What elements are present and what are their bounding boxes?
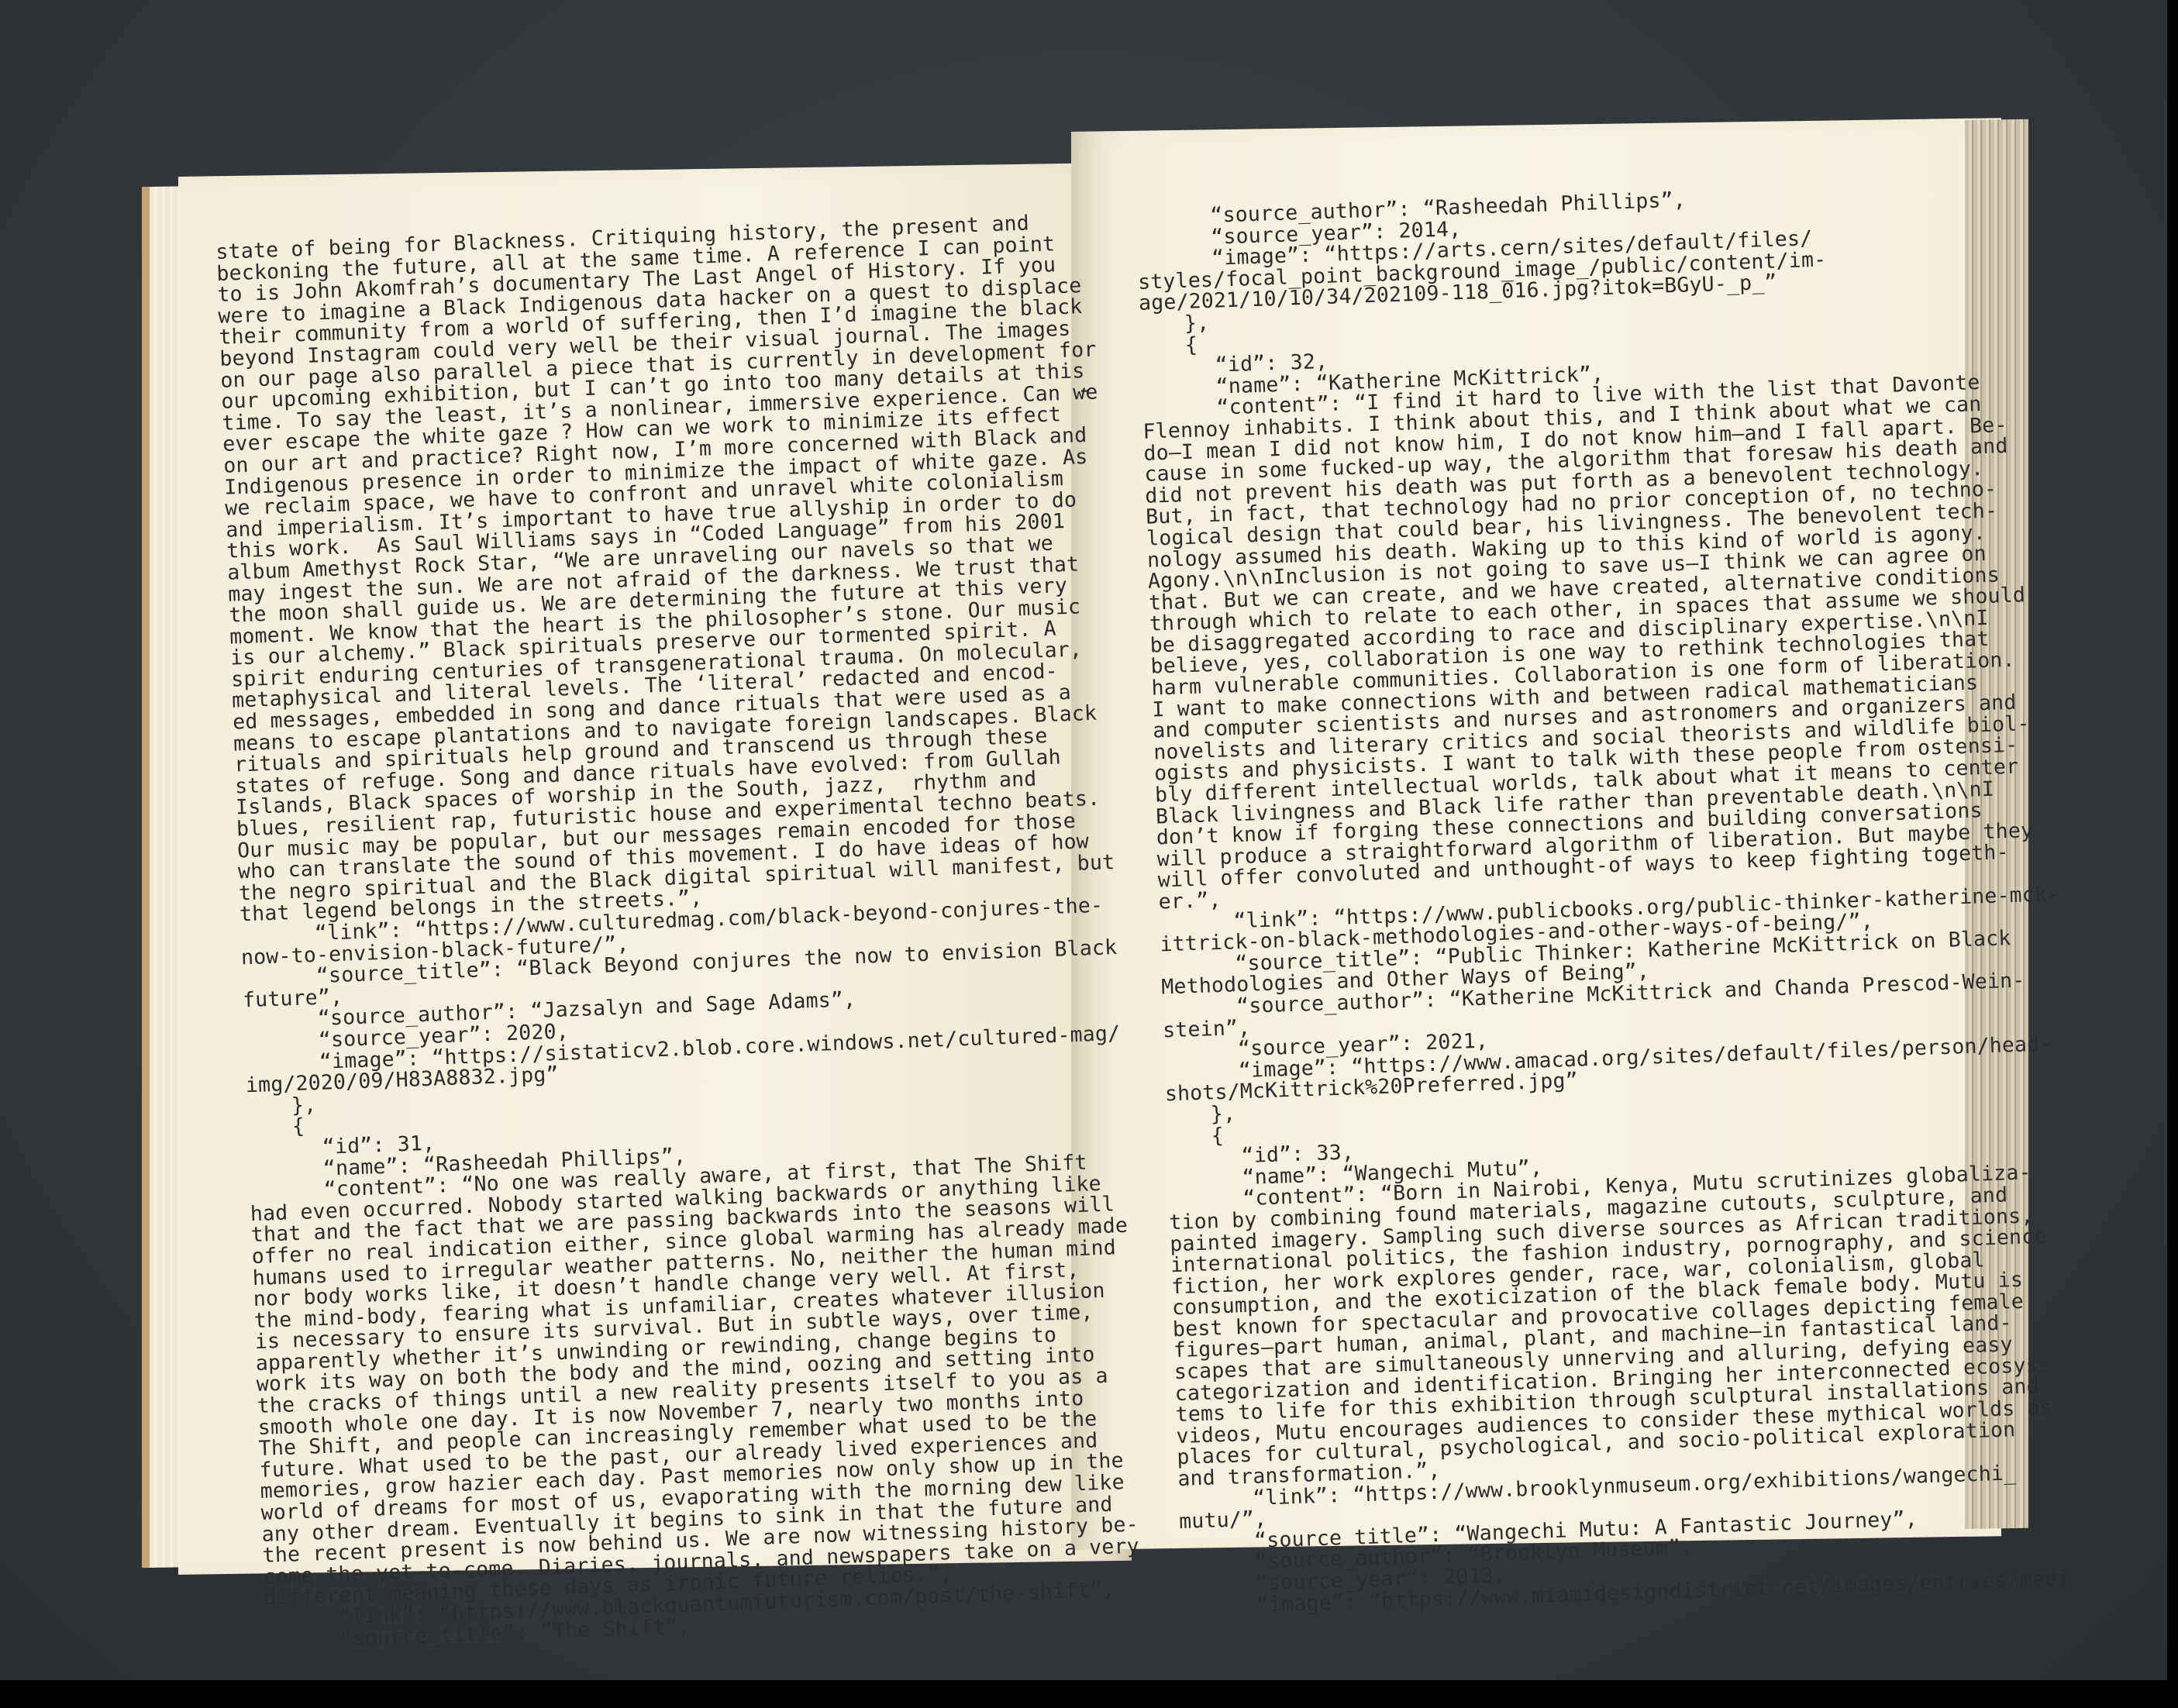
right-page-text: “source_author”: “Rasheedah Phillips”,“s… bbox=[1136, 177, 2083, 1618]
left-page-text: state of being for Blackness. Critiquing… bbox=[215, 211, 1142, 1652]
